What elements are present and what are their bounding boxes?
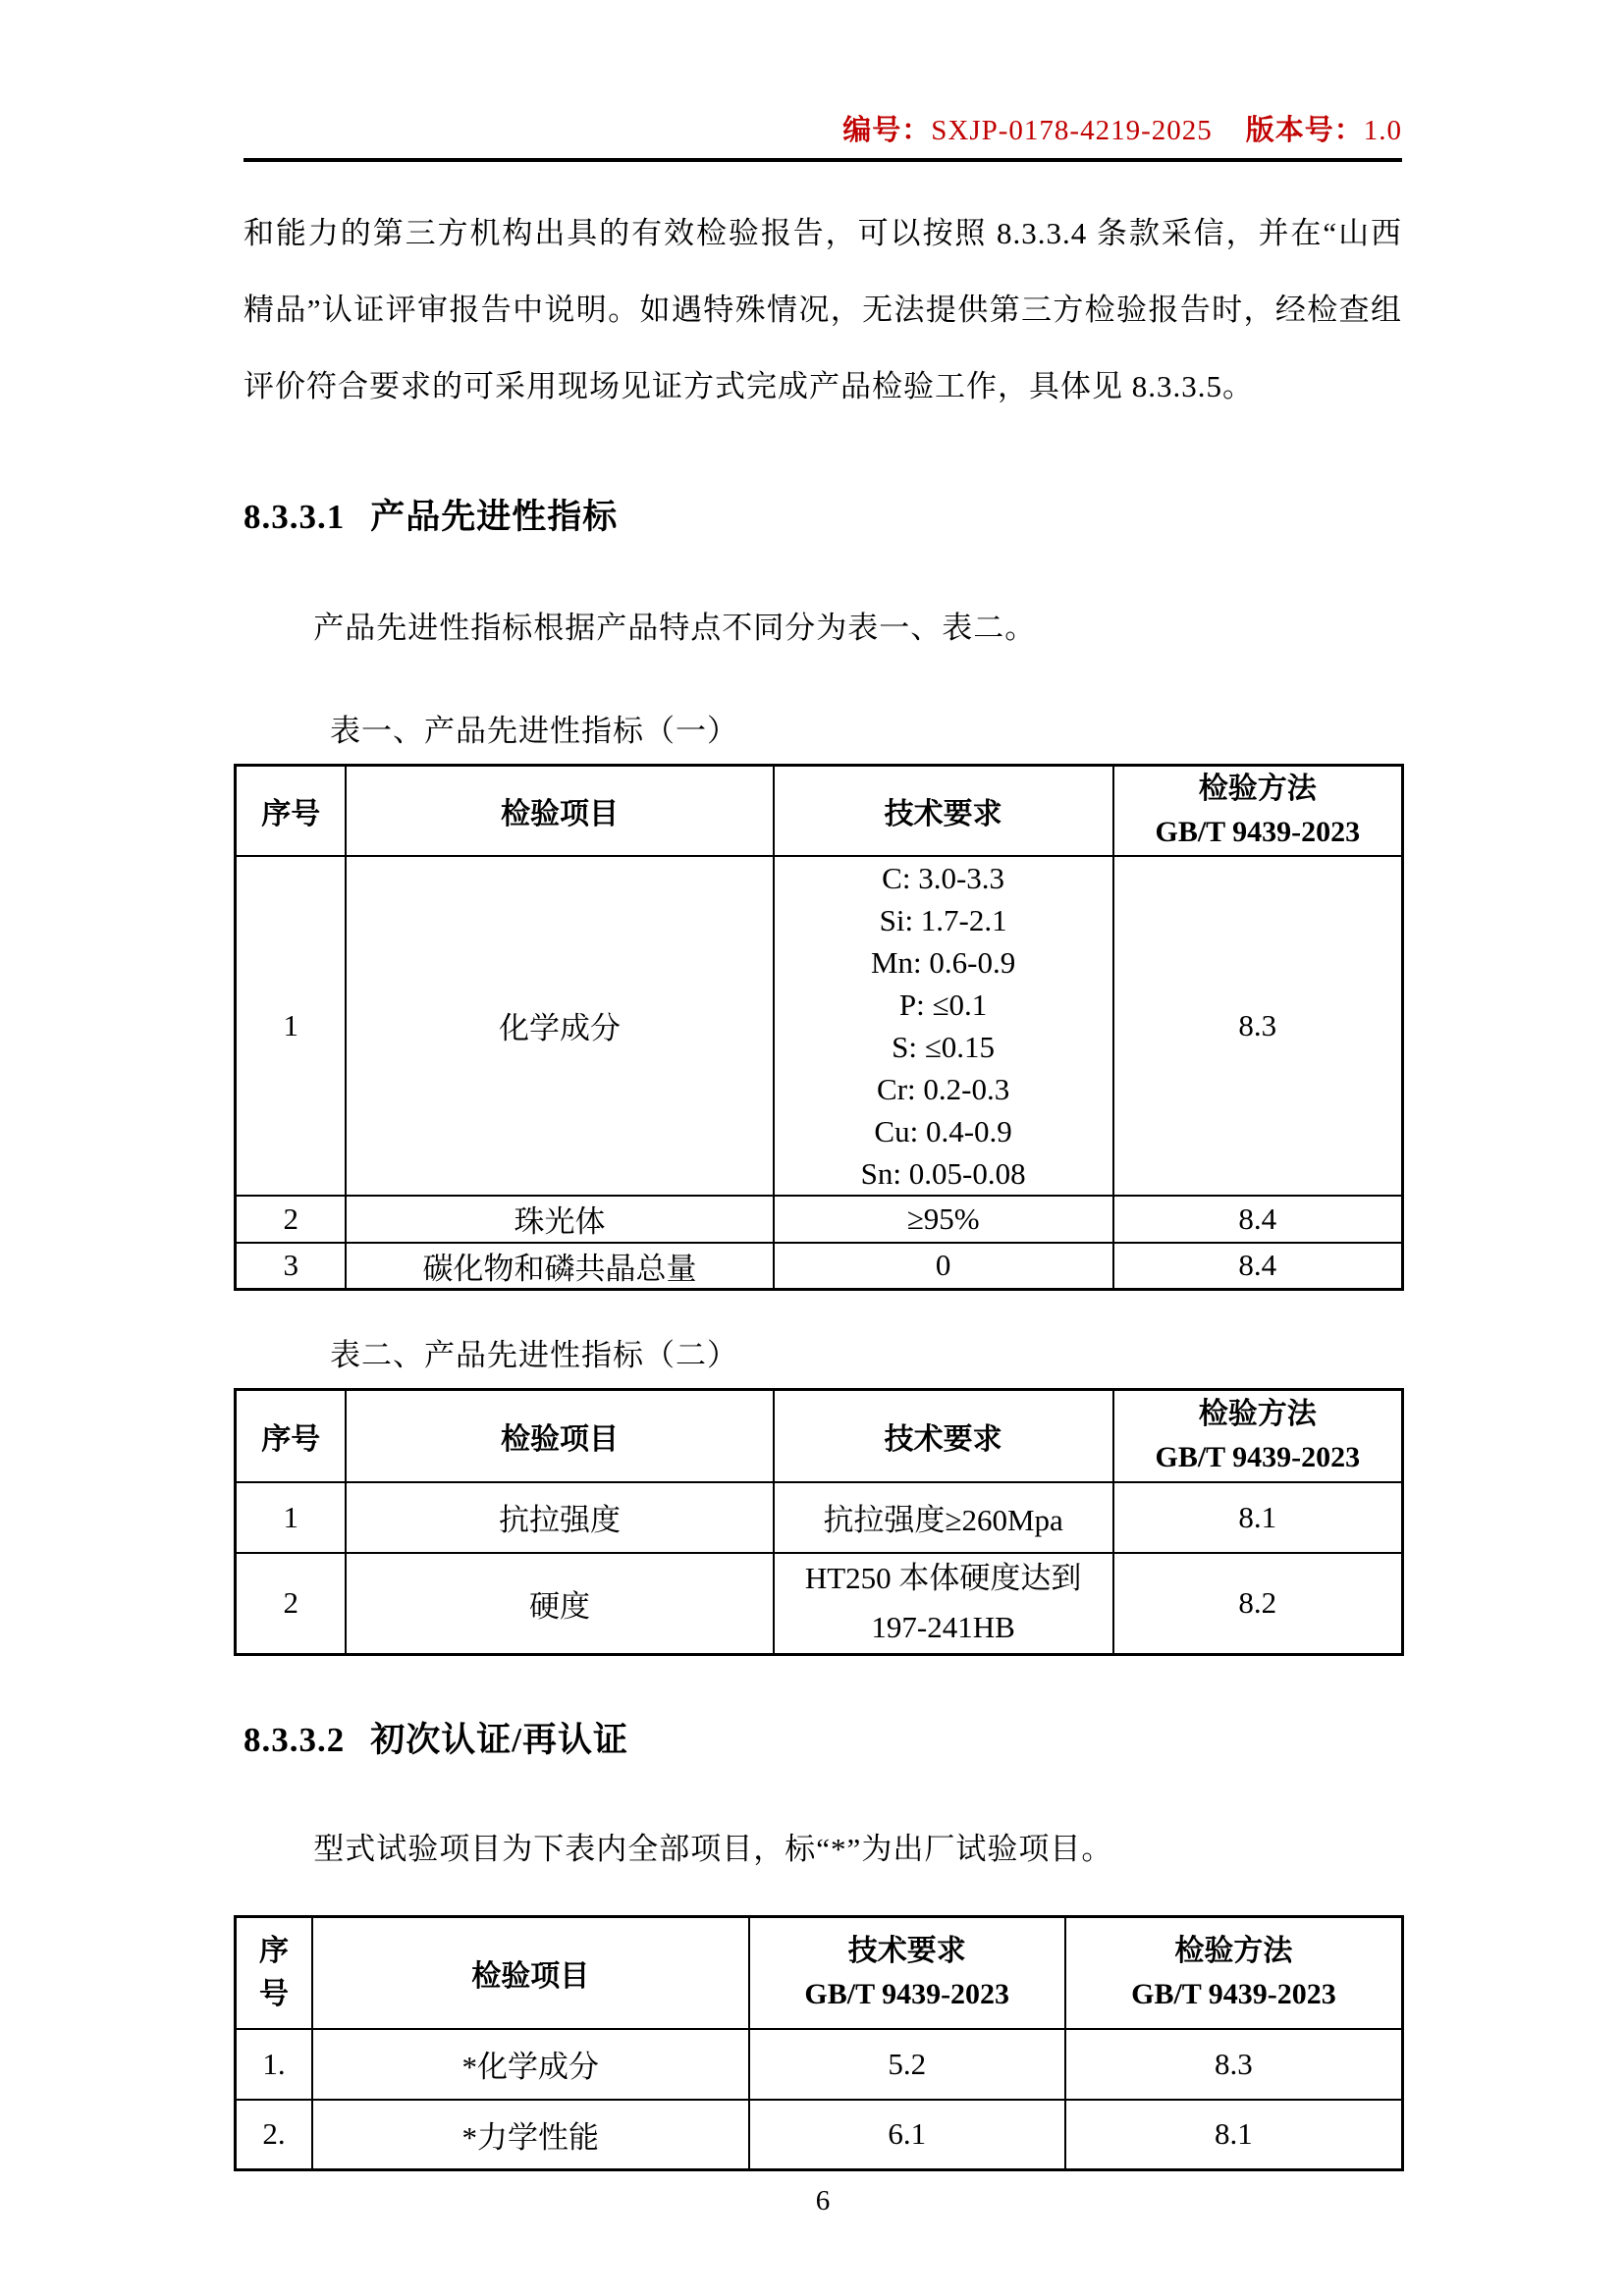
table3-col-method-line2: GB/T 9439-2023 — [1070, 1973, 1397, 2016]
table1-row-pearlite: 2 珠光体 ≥95% 8.4 — [236, 1196, 1403, 1243]
table2-col-req: 技术要求 — [774, 1390, 1113, 1482]
cell-req: ≥95% — [774, 1196, 1113, 1243]
table-type-test-items: 序 号 检验项目 技术要求 GB/T 9439-2023 检验方法 GB/T 9… — [234, 1915, 1404, 2171]
header-rule — [244, 158, 1402, 162]
table3-col-item: 检验项目 — [312, 1917, 749, 2029]
chem-line: P: ≤0.1 — [779, 984, 1109, 1026]
cell-req: HT250 本体硬度达到 197-241HB — [774, 1553, 1113, 1655]
cell-req: 6.1 — [749, 2100, 1065, 2170]
cell-req: 抗拉强度≥260Mpa — [774, 1482, 1113, 1553]
cell-item: *力学性能 — [312, 2100, 749, 2170]
table3-col-method: 检验方法 GB/T 9439-2023 — [1065, 1917, 1403, 2029]
table3-col-seq-line2: 号 — [241, 1973, 307, 2016]
table1-header-row: 序号 检验项目 技术要求 检验方法 GB/T 9439-2023 — [236, 766, 1403, 856]
table3-col-seq: 序 号 — [236, 1917, 312, 2029]
cell-seq: 2 — [236, 1196, 347, 1243]
cell-item: 化学成分 — [346, 856, 773, 1196]
chem-line: Cr: 0.2-0.3 — [779, 1068, 1109, 1110]
page-number: 6 — [244, 2185, 1402, 2217]
cell-seq: 2. — [236, 2100, 312, 2170]
req-line: HT250 本体硬度达到 — [779, 1554, 1109, 1603]
section-title: 产品先进性指标 — [370, 498, 618, 536]
section-heading-8331: 8.3.3.1产品先进性指标 — [244, 490, 1402, 539]
cell-seq: 3 — [236, 1243, 347, 1290]
table3-col-seq-line1: 序 — [241, 1930, 307, 1973]
chem-line: Mn: 0.6-0.9 — [779, 941, 1109, 984]
table2-caption: 表二、产品先进性指标（二） — [244, 1330, 1402, 1374]
table1-col-seq: 序号 — [236, 766, 347, 856]
table1-col-method-line2: GB/T 9439-2023 — [1118, 811, 1397, 854]
table-advancement-indicators-1: 序号 检验项目 技术要求 检验方法 GB/T 9439-2023 1 化学成分 … — [234, 764, 1404, 1291]
cell-method: 8.3 — [1065, 2029, 1403, 2100]
cell-method: 8.3 — [1113, 856, 1403, 1196]
table2-col-item: 检验项目 — [346, 1390, 773, 1482]
table3-row-chemical: 1. *化学成分 5.2 8.3 — [236, 2029, 1403, 2100]
section-number: 8.3.3.2 — [244, 1721, 345, 1759]
section-heading-8332: 8.3.3.2初次认证/再认证 — [244, 1713, 1402, 1762]
table2-col-method-line1: 检验方法 — [1118, 1393, 1397, 1436]
intro-paragraph: 和能力的第三方机构出具的有效检验报告，可以按照 8.3.3.4 条款采信，并在“… — [244, 195, 1402, 425]
cell-seq: 2 — [236, 1553, 347, 1655]
cell-req: 0 — [774, 1243, 1113, 1290]
table3-col-req-line1: 技术要求 — [754, 1930, 1060, 1973]
section2-paragraph: 型式试验项目为下表内全部项目，标“*”为出厂试验项目。 — [244, 1811, 1402, 1888]
table1-row-carbide: 3 碳化物和磷共晶总量 0 8.4 — [236, 1243, 1403, 1290]
table1-row-chemical: 1 化学成分 C: 3.0-3.3 Si: 1.7-2.1 Mn: 0.6-0.… — [236, 856, 1403, 1196]
cell-seq: 1. — [236, 2029, 312, 2100]
table3-row-mechanical: 2. *力学性能 6.1 8.1 — [236, 2100, 1403, 2170]
req-line: 197-241HB — [779, 1603, 1109, 1652]
table2-col-seq: 序号 — [236, 1390, 347, 1482]
table2-col-method: 检验方法 GB/T 9439-2023 — [1113, 1390, 1403, 1482]
table2-row-hardness: 2 硬度 HT250 本体硬度达到 197-241HB 8.2 — [236, 1553, 1403, 1655]
cell-item: 珠光体 — [346, 1196, 773, 1243]
table1-col-method-line1: 检验方法 — [1118, 768, 1397, 811]
cell-method: 8.4 — [1113, 1196, 1403, 1243]
chem-line: C: 3.0-3.3 — [779, 857, 1109, 899]
section-title: 初次认证/再认证 — [370, 1721, 628, 1759]
cell-item: 碳化物和磷共晶总量 — [346, 1243, 773, 1290]
table3-col-req-line2: GB/T 9439-2023 — [754, 1973, 1060, 2016]
section-number: 8.3.3.1 — [244, 498, 345, 536]
cell-item: *化学成分 — [312, 2029, 749, 2100]
cell-req: C: 3.0-3.3 Si: 1.7-2.1 Mn: 0.6-0.9 P: ≤0… — [774, 856, 1113, 1196]
chem-line: Si: 1.7-2.1 — [779, 899, 1109, 941]
table-advancement-indicators-2: 序号 检验项目 技术要求 检验方法 GB/T 9439-2023 1 抗拉强度 … — [234, 1388, 1404, 1656]
section1-paragraph: 产品先进性指标根据产品特点不同分为表一、表二。 — [244, 590, 1402, 667]
table3-col-method-line1: 检验方法 — [1070, 1930, 1397, 1973]
cell-seq: 1 — [236, 856, 347, 1196]
table1-col-method: 检验方法 GB/T 9439-2023 — [1113, 766, 1403, 856]
cell-method: 8.1 — [1065, 2100, 1403, 2170]
cell-req: 5.2 — [749, 2029, 1065, 2100]
table1-col-req: 技术要求 — [774, 766, 1113, 856]
chem-line: Sn: 0.05-0.08 — [779, 1152, 1109, 1195]
table3-col-req: 技术要求 GB/T 9439-2023 — [749, 1917, 1065, 2029]
table2-row-tensile: 1 抗拉强度 抗拉强度≥260Mpa 8.1 — [236, 1482, 1403, 1553]
chem-line: S: ≤0.15 — [779, 1026, 1109, 1068]
cell-seq: 1 — [236, 1482, 347, 1553]
table1-col-item: 检验项目 — [346, 766, 773, 856]
table2-header-row: 序号 检验项目 技术要求 检验方法 GB/T 9439-2023 — [236, 1390, 1403, 1482]
cell-item: 硬度 — [346, 1553, 773, 1655]
doc-code-label: 编号： — [842, 115, 931, 146]
chem-line: Cu: 0.4-0.9 — [779, 1110, 1109, 1152]
doc-version-value: 1.0 — [1364, 115, 1402, 146]
doc-version-label: 版本号： — [1246, 115, 1364, 146]
table1-caption: 表一、产品先进性指标（一） — [244, 706, 1402, 750]
document-page: 编号：SXJP-0178-4219-2025版本号：1.0 和能力的第三方机构出… — [0, 0, 1624, 2296]
cell-method: 8.4 — [1113, 1243, 1403, 1290]
doc-code-value: SXJP-0178-4219-2025 — [931, 115, 1212, 146]
cell-item: 抗拉强度 — [346, 1482, 773, 1553]
table2-col-method-line2: GB/T 9439-2023 — [1118, 1436, 1397, 1479]
cell-method: 8.1 — [1113, 1482, 1403, 1553]
cell-method: 8.2 — [1113, 1553, 1403, 1655]
table3-header-row: 序 号 检验项目 技术要求 GB/T 9439-2023 检验方法 GB/T 9… — [236, 1917, 1403, 2029]
document-header: 编号：SXJP-0178-4219-2025版本号：1.0 — [244, 0, 1402, 148]
